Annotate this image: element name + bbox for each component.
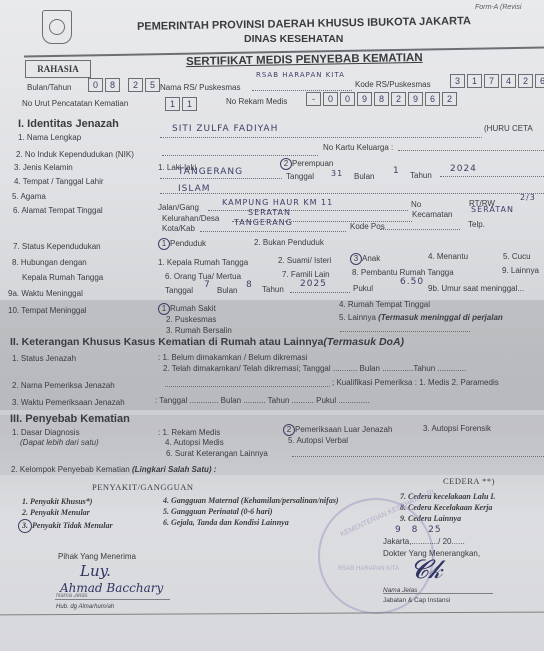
age-at-death-label: 9b. Umur saat meninggal...: [428, 284, 524, 293]
section-3-title: III. Penyebab Kematian: [10, 413, 130, 425]
death-hour-label: Pukul: [353, 284, 373, 293]
doctor-position-label: Jabatan & Cap Instansi: [383, 597, 450, 604]
death-place-option-2: 2. Puskesmas: [166, 315, 216, 324]
death-month-label: Bulan: [217, 286, 237, 295]
hospital-code-label: Kode RS/Puskesmas: [355, 80, 431, 89]
birth-label: 4. Tempat / Tanggal Lahir: [14, 177, 104, 186]
district-value: SERATAN: [471, 205, 514, 214]
phone-label: Telp.: [468, 220, 485, 229]
birth-month-label: Bulan: [354, 172, 374, 181]
death-year-label: Tahun: [262, 285, 284, 294]
stamp-center-text: RSAB HARAPAN KITA: [338, 566, 399, 572]
death-day-label: Tanggal: [165, 286, 193, 295]
department-title: DINAS KESEHATAN: [244, 33, 343, 45]
hospital-name-label: Nama RS/ Puskesmas: [160, 83, 240, 92]
death-hour-value: 6.50: [400, 277, 424, 287]
birth-day-value: 31: [331, 169, 343, 178]
body-status-option-2: 2. Telah dimakamkan/ Telah dikremasi; Ta…: [163, 364, 466, 373]
month-year-label: Bulan/Tahun: [27, 83, 71, 92]
relation-option-4: 4. Menantu: [428, 252, 468, 261]
house-number-label: No: [411, 200, 421, 209]
section-1-title: I. Identitas Jenazah: [18, 118, 119, 130]
hospital-code-boxes: 317426: [450, 71, 544, 89]
street-label: Jalan/Gang: [158, 203, 199, 212]
diagnosis-option-3: 3. Autopsi Forensik: [423, 424, 491, 433]
section-2-title: II. Keterangan Khusus Kasus Kematian di …: [10, 336, 404, 348]
caps-note: (HURU CETA: [484, 124, 533, 133]
gender-label: 3. Jenis Kelamin: [14, 163, 73, 172]
diagnosis-basis-note: (Dapat lebih dari satu): [20, 438, 99, 447]
residency-option-resident: 1Penduduk: [158, 238, 206, 250]
relation-label-2: Kepala Rumah Tangga: [22, 273, 103, 282]
exam-time-value: : Tanggal ............. Bulan ..........…: [155, 396, 369, 405]
body-status-label: 1. Status Jenazah: [12, 354, 76, 363]
diagnosis-option-2: 2Pemeriksaan Luar Jenazah: [283, 424, 392, 436]
medical-record-label: No Rekam Medis: [226, 97, 287, 106]
medical-record-boxes: -00982962: [306, 89, 459, 107]
signing-date-value: 9 8 25: [395, 525, 442, 535]
death-place-option-1: 1Rumah Sakit: [158, 303, 216, 315]
cause-option-3: 3.Penyakit Tidak Menular: [18, 519, 113, 533]
relation-label: 8. Hubungan dengan: [12, 258, 87, 267]
confidential-label: RAHASIA: [25, 60, 91, 78]
nik-label: 2. No Induk Kependudukan (NIK): [16, 150, 134, 159]
place-date: Jakarta,............/ 20......: [383, 537, 465, 546]
diagnosis-option-1: : 1. Rekam Medis: [158, 428, 220, 437]
relation-option-7: 7. Famili Lain: [282, 270, 330, 279]
district-label: Kecamatan: [412, 210, 452, 219]
relation-option-1: 1. Kepala Rumah Tangga: [158, 258, 248, 267]
month-year-boxes: 0825: [88, 75, 162, 93]
cause-option-2: 2. Penyakit Menular: [22, 508, 90, 517]
death-record-boxes: 11: [165, 94, 199, 112]
death-place-label: 10. Tempat Meninggal: [8, 306, 87, 315]
relation-option-9: 9. Lainnya: [502, 266, 539, 275]
city-value: TANGERANG: [234, 218, 293, 227]
relation-option-5: 5. Cucu: [503, 252, 531, 261]
cause-option-6: 6. Gejala, Tanda dan Kondisi Lainnya: [163, 518, 289, 527]
city-label: Kota/Kab: [162, 224, 195, 233]
birth-place-value: TANGERANG: [178, 167, 243, 177]
name-value: SITI ZULFA FADIYAH: [172, 124, 278, 134]
death-place-option-4: 4. Rumah Tempat Tinggal: [339, 300, 430, 309]
relation-option-3: 3Anak: [350, 253, 380, 265]
death-time-label: 9a. Waktu Meninggal: [8, 289, 83, 298]
relation-option-8: 8. Pembantu Rumah Tangga: [352, 268, 454, 277]
examiner-label: 2. Nama Pemeriksa Jenazah: [12, 381, 115, 390]
cause-option-5: 5. Gangguan Perinatal (0-6 hari): [163, 507, 273, 516]
injury-header: CEDERA **): [443, 476, 495, 486]
disease-header: PENYAKIT/GANGGUAN: [92, 482, 194, 492]
receiver-initials: Luy.: [80, 562, 111, 580]
cause-option-1: 1. Penyakit Khusus*): [22, 497, 92, 506]
name-label: 1. Nama Lengkap: [18, 133, 81, 142]
diagnosis-option-5: 5. Autopsi Verbal: [288, 436, 348, 445]
receiver-title: Pihak Yang Menerima: [58, 552, 136, 561]
family-card-label: No Kartu Keluarga :: [323, 143, 393, 152]
birth-year-value: 2024: [450, 164, 477, 174]
death-place-option-5: 5. Lainnya (Termasuk meninggal di perjal…: [339, 313, 503, 322]
death-day-value: 7: [204, 280, 211, 290]
examiner-qualification: ; Kualifikasi Pemeriksa : 1. Medis 2. Pa…: [332, 378, 499, 387]
death-month-value: 8: [246, 280, 253, 290]
death-record-label: No Urut Pencatatan Kematian: [22, 99, 128, 108]
diagnosis-option-4: 4. Autopsi Medis: [165, 438, 224, 447]
hospital-name-value: RSAB HARAPAN KITA: [256, 71, 345, 79]
jakarta-emblem-icon: [42, 10, 72, 44]
rt-rw-value: 2/3: [520, 193, 536, 202]
birth-month-value: 1: [393, 166, 400, 176]
body-status-option-1: : 1. Belum dimakamkan / Belum dikremasi: [158, 353, 307, 362]
exam-time-label: 3. Waktu Pemeriksaan Jenazah: [12, 398, 125, 407]
residency-label: 7. Status Kependudukan: [13, 242, 101, 251]
address-label: 6. Alamat Tempat Tinggal: [13, 206, 103, 215]
relation-option-2: 2. Suami/ Isteri: [278, 256, 331, 265]
village-label: Kelurahan/Desa: [162, 214, 219, 223]
gender-option-female: 2Perempuan: [280, 158, 333, 170]
diagnosis-option-6: 6. Surat Keterangan Lainnya: [166, 449, 268, 458]
death-place-option-3: 3. Rumah Bersalin: [166, 326, 232, 335]
birth-day-label: Tanggal: [286, 172, 314, 181]
village-value: SERATAN: [248, 208, 291, 217]
birth-year-label: Tahun: [410, 171, 432, 180]
death-year-value: 2025: [300, 279, 327, 289]
doctor-signature: 𝓒𝓀: [410, 555, 442, 586]
religion-label: 5. Agama: [12, 192, 46, 201]
cause-group-label: 2. Kelompok Penyebab Kematian (Lingkari …: [11, 465, 216, 474]
form-code: Form-A (Revisi: [475, 4, 521, 11]
residency-option-nonresident: 2. Bukan Penduduk: [254, 238, 324, 247]
street-value: KAMPUNG HAUR KM 11: [222, 198, 333, 207]
receiver-relation-label: Hub. dg Almarhum/ah: [56, 604, 114, 610]
cause-option-4: 4. Gangguan Maternal (Kehamilan/persalin…: [163, 496, 339, 505]
diagnosis-basis-label: 1. Dasar Diagnosis: [12, 428, 80, 437]
